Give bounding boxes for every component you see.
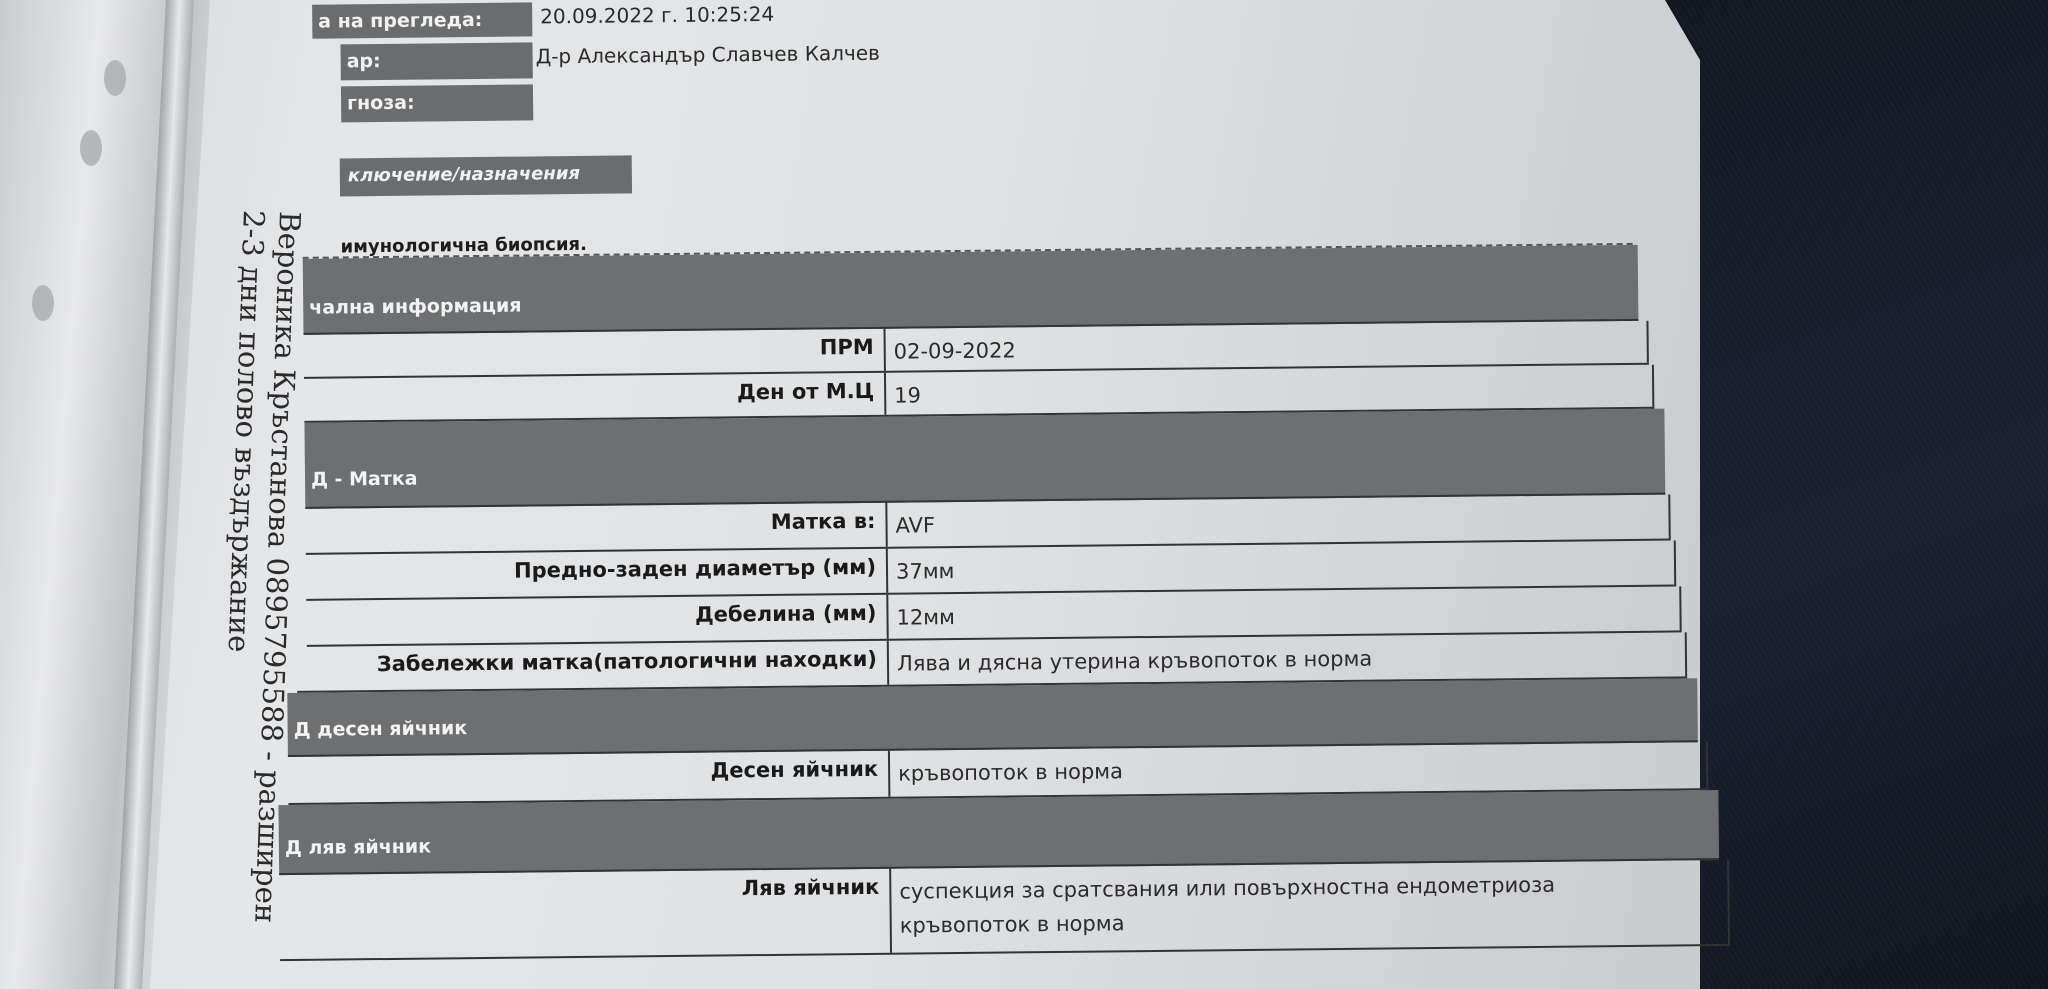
- row-value-uterus-position: AVF: [885, 495, 1670, 547]
- row-value-left-ovary: суспекция за сратсвания или повърхностна…: [889, 860, 1730, 953]
- exam-date-value: 20.09.2022 г. 10:25:24: [540, 2, 774, 28]
- section-band-general-info: чална информация: [303, 245, 1639, 335]
- row-value-lmp: 02-09-2022: [883, 321, 1648, 371]
- row-label-thickness: Дебелина (мм): [306, 595, 886, 647]
- row-label-cycle-day: Ден от М.Ц: [304, 373, 884, 423]
- row-label-ap-diameter: Предно-заден диаметър (мм): [306, 549, 886, 601]
- row-value-right-ovary: кръвопоток в норма: [888, 742, 1708, 797]
- row-label-lmp: ПРМ: [304, 329, 884, 379]
- row-label-right-ovary: Десен яйчник: [288, 751, 888, 805]
- row-value-uterus-notes: Лява и дясна утерина кръвопоток в норма: [887, 632, 1687, 684]
- left-ovary-finding-line2: кръвопоток в норма: [900, 900, 1728, 943]
- diagnosis-label: гноза:: [341, 84, 533, 122]
- row-label-left-ovary: Ляв яйчник: [279, 869, 890, 961]
- conclusion-section-title: ключение/назначения: [340, 155, 632, 196]
- row-label-uterus-notes: Забележки матка(патологични находки): [297, 641, 887, 693]
- row-value-cycle-day: 19: [884, 365, 1654, 415]
- row-label-uterus-position: Матка в:: [305, 503, 885, 555]
- exam-date-label: а на прегледа:: [312, 2, 532, 38]
- section-band-uterus: Д - Матка: [304, 409, 1665, 509]
- medical-report: а на прегледа: 20.09.2022 г. 10:25:24 ар…: [0, 0, 2048, 989]
- doctor-value: Д-р Александър Славчев Калчев: [535, 41, 880, 69]
- doctor-label: ар:: [340, 42, 532, 80]
- row-value-thickness: 12мм: [886, 586, 1681, 638]
- row-value-ap-diameter: 37мм: [886, 540, 1676, 592]
- table-row: Ляв яйчник суспекция за сратсвания или п…: [279, 860, 1730, 961]
